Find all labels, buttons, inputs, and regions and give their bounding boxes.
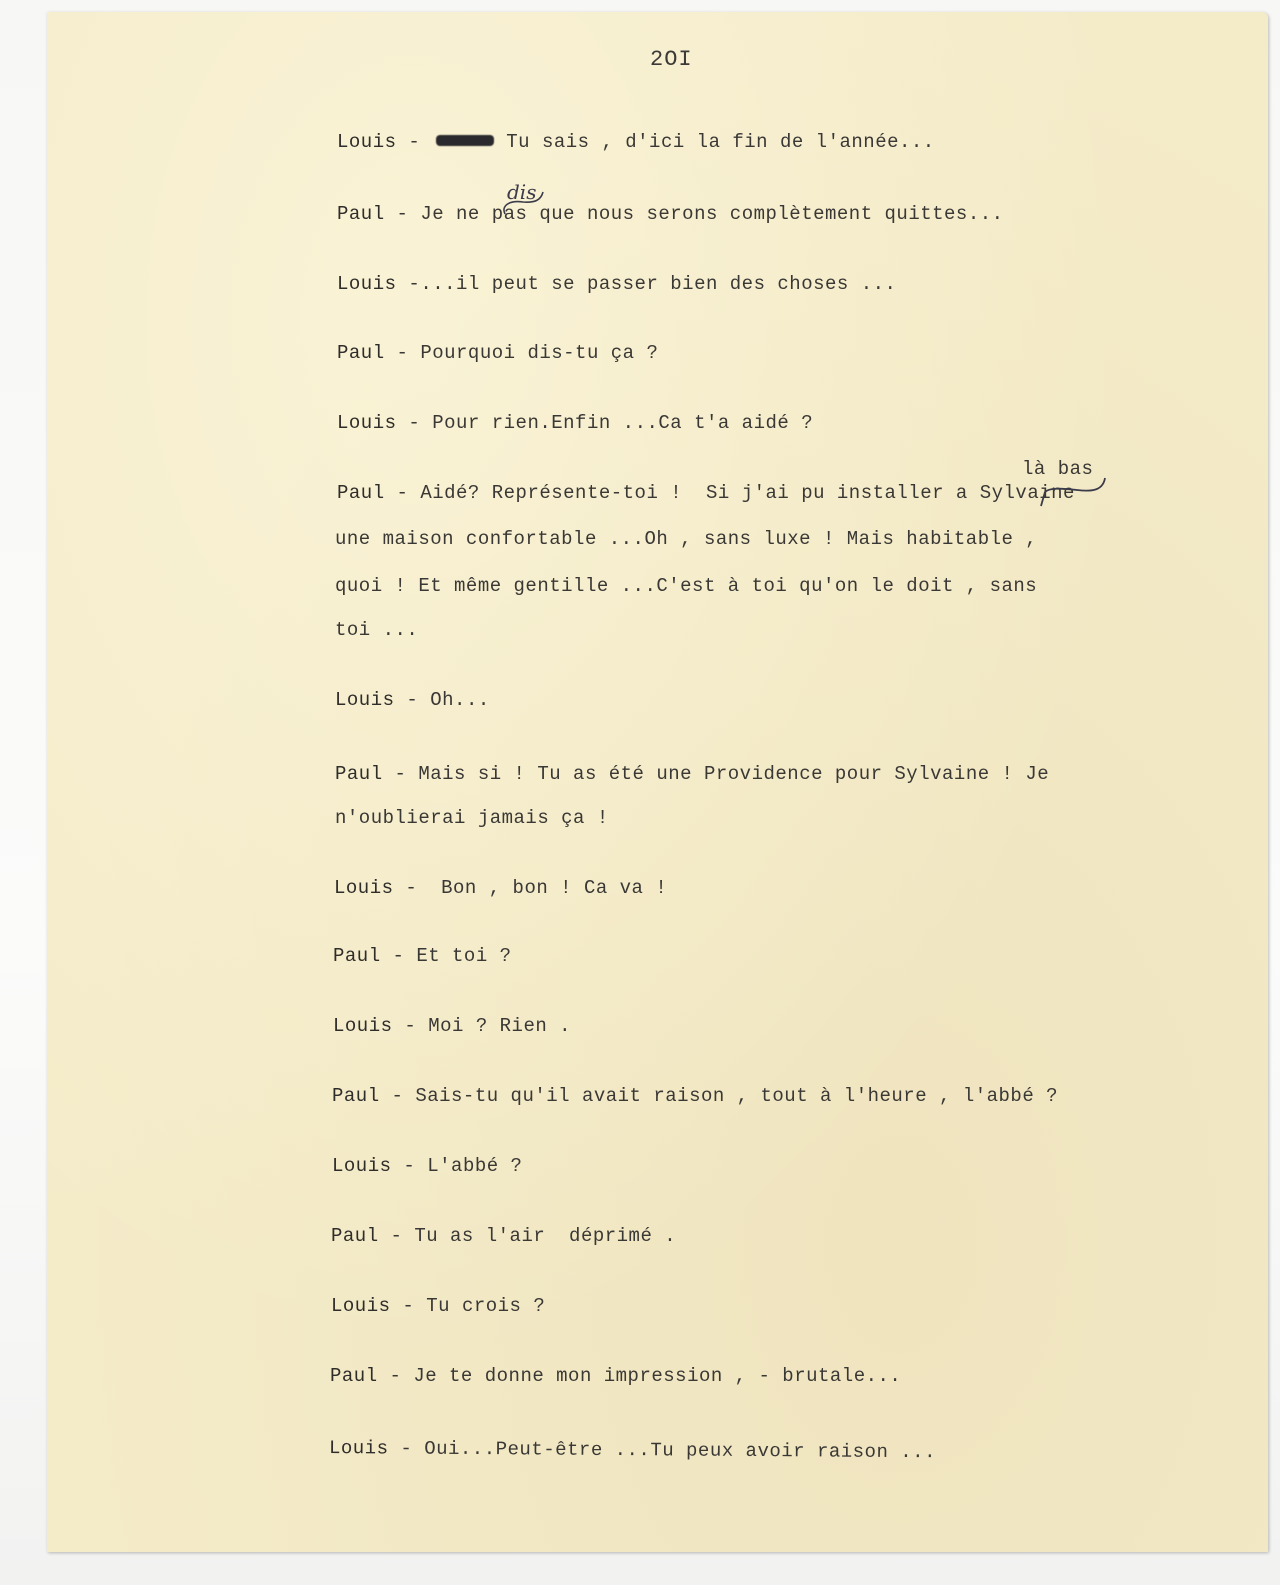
line-text: Moi ? Rien . <box>428 1015 571 1037</box>
line-text: Sais-tu qu'il avait raison , tout à l'he… <box>415 1085 1058 1107</box>
speaker-name: Louis <box>331 1295 391 1317</box>
speaker-name: Louis <box>332 1155 392 1177</box>
line-text: Oui...Peut-être ...Tu peux avoir raison … <box>424 1438 936 1464</box>
separator: - <box>392 1155 428 1177</box>
line-text: Et toi ? <box>416 945 511 967</box>
struck-out-word <box>436 135 494 146</box>
separator: - <box>385 482 421 504</box>
line-text: Pour rien.Enfin ...Ca t'a aidé ? <box>432 412 813 434</box>
separator: - <box>381 945 417 967</box>
separator: - <box>397 273 421 295</box>
dialogue-line-paul: Paul - Mais si ! Tu as été une Providenc… <box>335 762 1049 786</box>
separator: - <box>397 131 433 153</box>
separator: - <box>385 203 421 225</box>
line-text: Bon , bon ! Ca va ! <box>441 877 667 899</box>
insertion-caret-icon <box>1037 470 1117 510</box>
dialogue-line-louis: Louis - Bon , bon ! Ca va ! <box>334 876 667 900</box>
dialogue-line-louis: Louis - Oui...Peut-être ...Tu peux avoir… <box>329 1436 936 1464</box>
speaker-name: Louis <box>337 131 397 153</box>
separator: - <box>388 1437 424 1459</box>
dialogue-continuation: une maison confortable ...Oh , sans luxe… <box>335 527 1037 551</box>
dialogue-line-paul: Paul - Et toi ? <box>333 944 512 968</box>
speaker-name: Paul <box>332 1085 380 1107</box>
separator: - <box>383 763 419 785</box>
dialogue-line-louis: Louis - Pour rien.Enfin ...Ca t'a aidé ? <box>337 411 813 435</box>
line-text: L'abbé ? <box>427 1155 522 1177</box>
line-text-before: Je ne <box>420 203 480 225</box>
separator: - <box>393 1015 429 1037</box>
speaker-name: Louis <box>335 689 395 711</box>
dialogue-continuation: quoi ! Et même gentille ...C'est à toi q… <box>335 574 1037 598</box>
speaker-name: Paul <box>335 763 383 785</box>
dialogue-line-louis: Louis - Tu sais , d'ici la fin de l'anné… <box>337 130 935 154</box>
dialogue-line-louis: Louis -...il peut se passer bien des cho… <box>337 272 896 296</box>
line-text: Tu sais , d'ici la fin de l'année... <box>506 131 934 153</box>
separator: - <box>378 1365 414 1387</box>
separator: - <box>379 1225 415 1247</box>
speaker-name: Paul <box>330 1365 378 1387</box>
line-text: Mais si ! Tu as été une Providence pour … <box>418 763 1049 785</box>
separator: - <box>380 1085 416 1107</box>
dialogue-line-paul: Paul - Sais-tu qu'il avait raison , tout… <box>332 1084 1058 1108</box>
line-text: pas que nous serons complètement quittes… <box>492 203 1004 225</box>
speaker-name: Paul <box>333 945 381 967</box>
line-text: Tu crois ? <box>426 1295 545 1317</box>
speaker-name: Louis <box>337 273 397 295</box>
dialogue-line-paul: Paul - Pourquoi dis-tu ça ? <box>337 341 658 365</box>
speaker-name: Paul <box>331 1225 379 1247</box>
dialogue-line-louis: Louis - L'abbé ? <box>332 1154 522 1178</box>
line-text: Je te donne mon impression , - brutale..… <box>413 1365 901 1387</box>
dialogue-line-paul: Paul - Je ne pas que nous serons complèt… <box>337 202 1004 226</box>
line-text: ...il peut se passer bien des choses ... <box>420 273 896 295</box>
separator: - <box>391 1295 427 1317</box>
scanned-document: 2OI Louis - Tu sais , d'ici la fin de l'… <box>0 0 1280 1585</box>
separator: - <box>395 689 431 711</box>
typewritten-page: 2OI Louis - Tu sais , d'ici la fin de l'… <box>47 12 1268 1552</box>
dialogue-line-louis: Louis - Moi ? Rien . <box>333 1014 571 1038</box>
dialogue-line-louis: Louis - Oh... <box>335 688 490 712</box>
speaker-name: Louis <box>334 877 394 899</box>
speaker-name: Louis <box>333 1015 393 1037</box>
speaker-name: Louis <box>329 1437 389 1459</box>
line-text: Pourquoi dis-tu ça ? <box>420 342 658 364</box>
dialogue-line-louis: Louis - Tu crois ? <box>331 1294 545 1318</box>
speaker-name: Paul <box>337 482 385 504</box>
insertion-caret-icon <box>499 190 549 220</box>
line-text: Aidé? Représente-toi ! Si j'ai pu instal… <box>420 482 944 504</box>
speaker-name: Louis <box>337 412 397 434</box>
line-text: Oh... <box>430 689 490 711</box>
page-number: 2OI <box>650 47 693 72</box>
line-text: Tu as l'air déprimé . <box>414 1225 676 1247</box>
dialogue-line-paul: Paul - Tu as l'air déprimé . <box>331 1224 676 1248</box>
separator: - <box>397 412 433 434</box>
dialogue-line-paul: Paul - Je te donne mon impression , - br… <box>330 1364 901 1388</box>
separator: - <box>385 342 421 364</box>
separator: - <box>394 877 442 899</box>
dialogue-continuation: n'oublierai jamais ça ! <box>335 806 609 830</box>
dialogue-continuation: toi ... <box>335 618 418 642</box>
dialogue-line-paul: Paul - Aidé? Représente-toi ! Si j'ai pu… <box>337 481 1075 505</box>
speaker-name: Paul <box>337 203 385 225</box>
speaker-name: Paul <box>337 342 385 364</box>
